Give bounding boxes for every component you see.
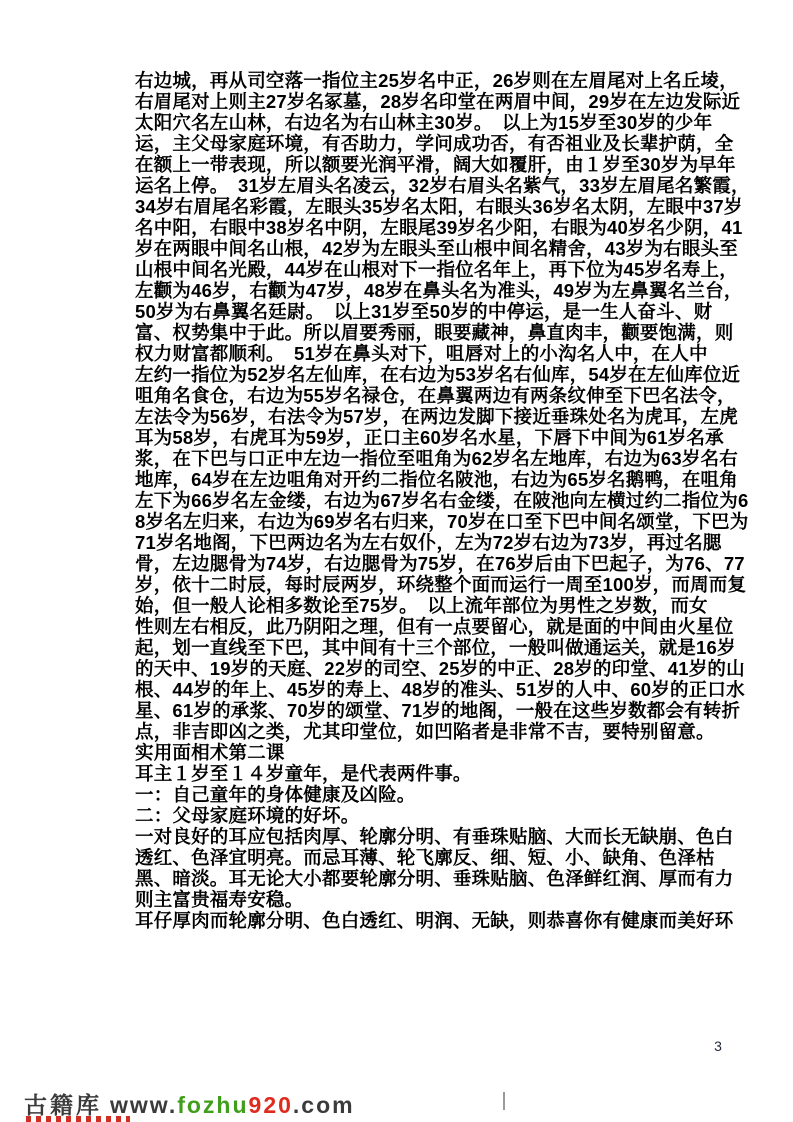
text-line: 左颧为46岁，右颧为47岁，48岁在鼻头名为准头，49岁为左鼻翼名兰台， (135, 280, 683, 301)
watermark-url-suffix: .com (293, 1092, 355, 1118)
body-text: 右边城，再从司空落一指位主25岁名中正，26岁则在左眉尾对上名丘堎，右眉尾对上则… (135, 70, 683, 931)
text-line: 星、61岁的承浆、70岁的颂堂、71岁的地阁，一般在这些岁数都会有转折 (135, 700, 683, 721)
text-line: 运名上停。 31岁左眉头名凌云，32岁右眉头名紫气，33岁左眉尾名繁霞， (135, 175, 683, 196)
text-line: 耳主１岁至１４岁童年，是代表两件事。 (135, 763, 683, 784)
watermark-url-red: 920 (249, 1092, 293, 1118)
text-line: 山根中间名光殿，44岁在山根对下一指位名年上，再下位为45岁名寿上， (135, 259, 683, 280)
text-line: 左法令为56岁，右法令为57岁，在两边发脚下接近垂珠处名为虎耳，左虎 (135, 406, 683, 427)
text-line: 运，主父母家庭环境，有否助力，学问成功否，有否祖业及长辈护荫，全 (135, 133, 683, 154)
text-line: 耳仔厚肉而轮廓分明、色白透红、明润、无缺，则恭喜你有健康而美好环 (135, 910, 683, 931)
text-line: 在额上一带表现，所以额要光润平滑，阔大如覆肝，由１岁至30岁为早年 (135, 154, 683, 175)
text-line: 骨，左边腮骨为74岁，右边腮骨为75岁，在76岁后由下巴起子，为76、77 (135, 553, 683, 574)
watermark-site-name: 古籍库 (24, 1092, 102, 1118)
text-line: 始，但一般人论相多数论至75岁。 以上流年部位为男性之岁数，而女 (135, 595, 683, 616)
text-line: 名中阳，右眼中38岁名中阴，左眼尾39岁名少阳，右眼为40岁名少阴，41 (135, 217, 683, 238)
page-number: 3 (708, 1038, 728, 1054)
text-line: 咀角名食仓，右边为55岁名禄仓，在鼻翼两边有两条纹伸至下巴名法令， (135, 385, 683, 406)
text-line: 根、44岁的年上、45岁的寿上、48岁的准头、51岁的人中、60岁的正口水 (135, 679, 683, 700)
text-line: 地库，64岁在左边咀角对开约二指位名陂池，右边为65岁名鹅鸭，在咀角 (135, 469, 683, 490)
text-line: 8岁名左归来，右边为69岁名右归来，70岁在口至下巴中间名颂堂，下巴为 (135, 511, 683, 532)
text-line: 权力财富都顺利。 51岁在鼻头对下，咀唇对上的小沟名人中，在人中 (135, 343, 683, 364)
text-line: 50岁为右鼻翼名廷尉。 以上31岁至50岁的中停运，是一生人奋斗、财 (135, 301, 683, 322)
text-line: 富、权势集中于此。所以眉要秀丽，眼要藏神，鼻直肉丰，颧要饱满，则 (135, 322, 683, 343)
text-line: 右眉尾对上则主27岁名冢墓，28岁名印堂在两眉中间，29岁在左边发际近 (135, 91, 683, 112)
text-line: 太阳穴名左山林，右边名为右山林主30岁。 以上为15岁至30岁的少年 (135, 112, 683, 133)
text-line: 一：自己童年的身体健康及凶险。 (135, 784, 683, 805)
text-line: 左下为66岁名左金缕，右边为67岁名右金缕，在陂池向左横过约二指位为6 (135, 490, 683, 511)
watermark-red-dots (26, 1116, 130, 1122)
cut-off-glyph-mark (503, 1092, 505, 1110)
text-line: 71岁名地阁，下巴两边名为左右奴仆，左为72岁右边为73岁，再过名腮 (135, 532, 683, 553)
text-line: 左约一指位为52岁名左仙库，在右边为53岁名右仙库，54岁在左仙库位近 (135, 364, 683, 385)
text-line: 的天中、19岁的天庭、22岁的司空、25岁的中正、28岁的印堂、41岁的山 (135, 658, 683, 679)
text-line: 岁在两眼中间名山根，42岁为左眼头至山根中间名精舍，43岁为右眼头至 (135, 238, 683, 259)
text-line: 透红、色泽宜明亮。而忌耳薄、轮飞廓反、细、短、小、缺角、色泽枯 (135, 847, 683, 868)
watermark-url-prefix: www. (110, 1092, 177, 1118)
text-line: 实用面相术第二课 (135, 742, 683, 763)
text-line: 一对良好的耳应包括肉厚、轮廓分明、有垂珠贴脑、大而长无缺崩、色白 (135, 826, 683, 847)
text-line: 起，划一直线至下巴，其中间有十三个部位，一般叫做通运关，就是16岁 (135, 637, 683, 658)
text-line: 浆，在下巴与口正中左边一指位至咀角为62岁名左地库，右边为63岁名右 (135, 448, 683, 469)
text-line: 34岁右眉尾名彩霞，左眼头35岁名太阳，右眼头36岁名太阴，左眼中37岁 (135, 196, 683, 217)
text-line: 耳为58岁，右虎耳为59岁，正口主60岁名水星，下唇下中间为61岁名承 (135, 427, 683, 448)
watermark-url-green: fozhu (177, 1092, 248, 1118)
text-line: 则主富贵福寿安稳。 (135, 889, 683, 910)
text-line: 点，非吉即凶之类，尤其印堂位，如凹陷者是非常不吉，要特别留意。 (135, 721, 683, 742)
text-line: 性则左右相反，此乃阴阳之理，但有一点要留心，就是面的中间由火星位 (135, 616, 683, 637)
text-line: 黑、暗淡。耳无论大小都要轮廓分明、垂珠贴脑、色泽鲜红润、厚而有力 (135, 868, 683, 889)
text-line: 二：父母家庭环境的好坏。 (135, 805, 683, 826)
text-line: 岁，依十二时辰，每时辰两岁，环绕整个面而运行一周至100岁，而周而复 (135, 574, 683, 595)
document-page: 右边城，再从司空落一指位主25岁名中正，26岁则在左眉尾对上名丘堎，右眉尾对上则… (0, 0, 793, 1122)
text-line: 右边城，再从司空落一指位主25岁名中正，26岁则在左眉尾对上名丘堎， (135, 70, 683, 91)
